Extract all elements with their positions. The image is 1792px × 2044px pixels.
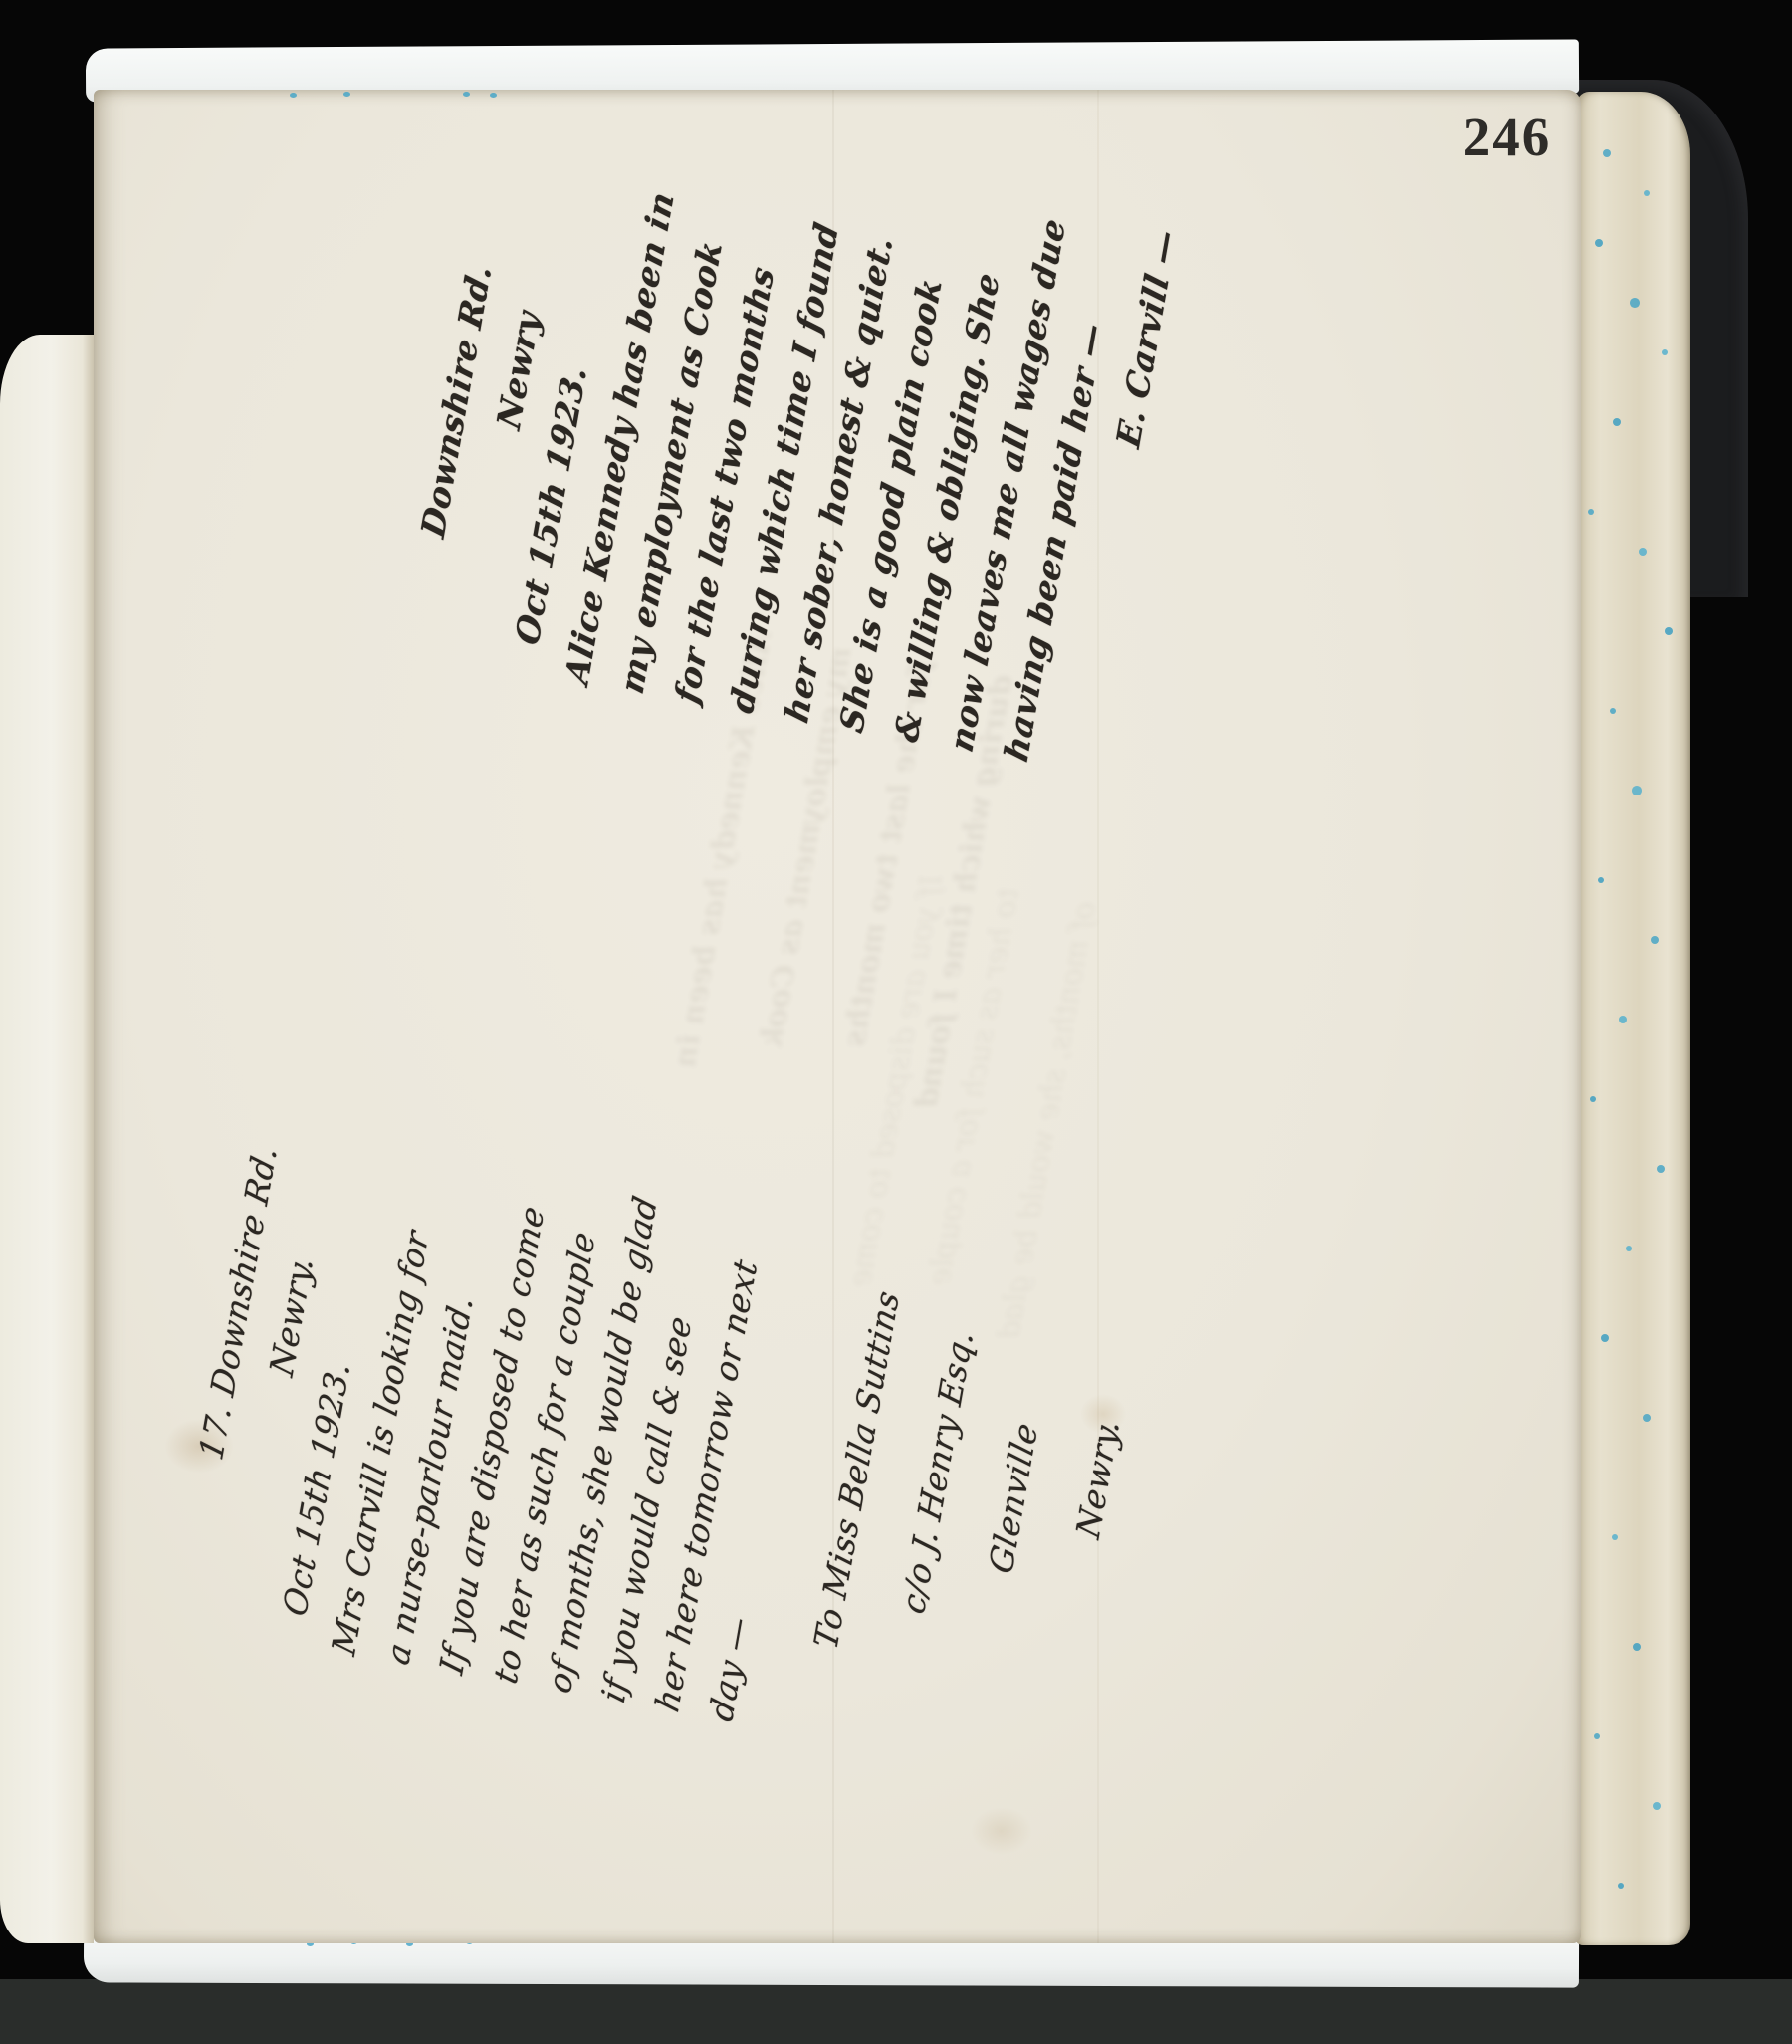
previous-page-edge bbox=[0, 335, 94, 1943]
blue-fleck bbox=[463, 92, 470, 97]
blue-fleck bbox=[343, 92, 350, 97]
letter-note-nurse-parlour-maid: 17. Downshire Rd. Newry. Oct 15th 1923. … bbox=[154, 1032, 1160, 1780]
book-scan: 246 Alice Kennedy has been in my employm… bbox=[0, 0, 1792, 2044]
page-number: 246 bbox=[1448, 106, 1567, 168]
fore-edge-page-stack bbox=[1575, 92, 1690, 1945]
page-stain bbox=[971, 1807, 1032, 1855]
letter-reference-alice-kennedy: Downshire Rd. Newry Oct 15th 1923. Alice… bbox=[384, 149, 1198, 778]
ledger-page: 246 Alice Kennedy has been in my employm… bbox=[94, 90, 1581, 1943]
blue-fleck bbox=[290, 93, 297, 98]
blue-fleck bbox=[490, 93, 497, 98]
scan-background-bottom bbox=[0, 1979, 1792, 2044]
recipient-address-block: To Miss Bella Suttins c/o J. Henry Esq. … bbox=[771, 1141, 1188, 1784]
